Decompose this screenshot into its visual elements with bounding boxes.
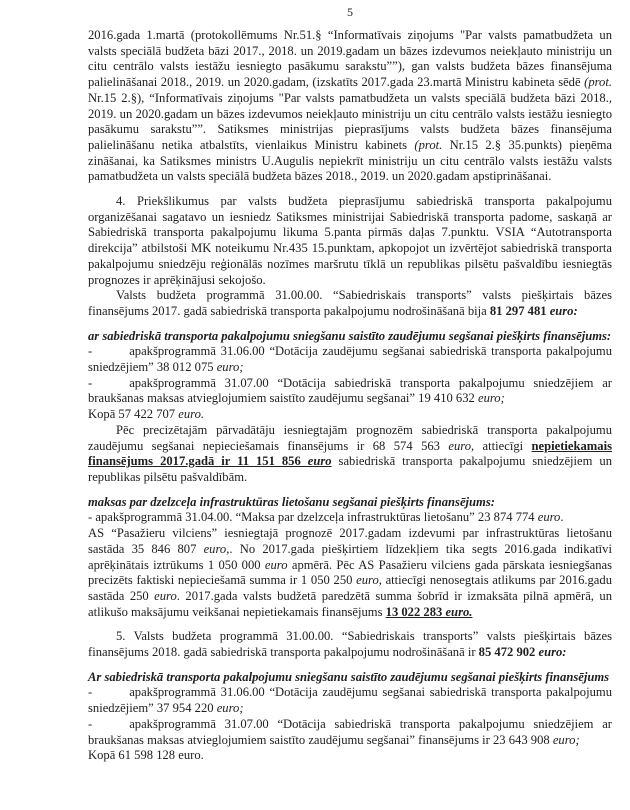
paragraph: -apakšprogrammā 31.07.00 “Dotācija sabie… <box>88 376 612 407</box>
text-run: . <box>560 510 563 524</box>
text-run: euro <box>204 542 227 556</box>
paragraph: - apakšprogrammā 31.04.00. “Maksa par dz… <box>88 510 612 526</box>
document-page: 5 2016.gada 1.martā (protokollēmums Nr.5… <box>0 0 630 810</box>
text-run: Kopā 57 422 707 <box>88 407 178 421</box>
text-run: euro; <box>478 391 505 405</box>
text-run: 4. Priekšlikumus par valsts budžeta piep… <box>88 194 612 287</box>
text-run: euro; <box>217 360 244 374</box>
paragraph: Pēc precizētajām pārvadātāju iesniegtajā… <box>88 423 612 486</box>
text-run: ar sabiedriskā transporta pakalpojumu sn… <box>88 329 611 343</box>
text-run: apakšprogrammā 31.07.00 “Dotācija sabied… <box>88 376 612 406</box>
text-run: euro <box>154 589 177 603</box>
text-run: apakšprogrammā 31.07.00 “Dotācija sabied… <box>88 717 612 747</box>
bullet-dash: - <box>88 685 92 699</box>
paragraph: AS “Pasažieru vilciens” iesniegtajā prog… <box>88 526 612 620</box>
text-run: - apakšprogrammā 31.04.00. “Maksa par dz… <box>88 510 538 524</box>
text-run: Kopā 61 598 128 euro. <box>88 748 204 762</box>
document-body: 2016.gada 1.martā (protokollēmums Nr.51.… <box>88 28 612 764</box>
text-run: apakšprogrammā 31.06.00 “Dotācija zaudēj… <box>88 344 612 374</box>
paragraph: 2016.gada 1.martā (protokollēmums Nr.51.… <box>88 28 612 185</box>
text-run: euro, <box>448 439 474 453</box>
text-run: (prot. <box>414 138 442 152</box>
paragraph: 5. Valsts budžeta programmā 31.00.00. “S… <box>88 629 612 660</box>
text-run: euro: <box>550 304 578 318</box>
text-run: maksas par dzelzceļa infrastruktūras lie… <box>88 495 495 509</box>
text-run: euro <box>265 558 288 572</box>
paragraph: -apakšprogrammā 31.06.00 “Dotācija zaudē… <box>88 344 612 375</box>
bullet-dash: - <box>88 717 92 731</box>
page-number: 5 <box>88 5 612 19</box>
text-run: attiecīgi <box>474 439 531 453</box>
text-run: 85 472 902 <box>479 645 539 659</box>
text-run: euro; <box>217 701 244 715</box>
section-heading: ar sabiedriskā transporta pakalpojumu sn… <box>88 329 612 345</box>
paragraph: -apakšprogrammā 31.06.00 “Dotācija zaudē… <box>88 685 612 716</box>
text-run: 13 022 283 <box>386 605 446 619</box>
text-run: (prot. <box>584 75 612 89</box>
paragraph: 4. Priekšlikumus par valsts budžeta piep… <box>88 194 612 288</box>
paragraph: Kopā 61 598 128 euro. <box>88 748 612 764</box>
text-run: euro; <box>553 733 580 747</box>
section-heading: maksas par dzelzceļa infrastruktūras lie… <box>88 495 612 511</box>
paragraph: Kopā 57 422 707 euro. <box>88 407 612 423</box>
text-run: euro <box>538 510 561 524</box>
text-run: 2016.gada 1.martā (protokollēmums Nr.51.… <box>88 28 612 89</box>
text-run: euro. <box>178 407 204 421</box>
section-heading: Ar sabiedriskā transporta pakalpojumu sn… <box>88 670 612 686</box>
paragraph: Valsts budžeta programmā 31.00.00. “Sabi… <box>88 288 612 319</box>
text-run: euro. <box>445 605 472 619</box>
paragraph: -apakšprogrammā 31.07.00 “Dotācija sabie… <box>88 717 612 748</box>
text-run: euro, <box>356 573 382 587</box>
text-run: 81 297 481 <box>490 304 550 318</box>
bullet-dash: - <box>88 376 92 390</box>
bullet-dash: - <box>88 344 92 358</box>
text-run: Ar sabiedriskā transporta pakalpojumu sn… <box>88 670 609 684</box>
text-run: euro: <box>539 645 567 659</box>
text-run: apakšprogrammā 31.06.00 “Dotācija zaudēj… <box>88 685 612 715</box>
text-run: euro <box>308 454 332 468</box>
